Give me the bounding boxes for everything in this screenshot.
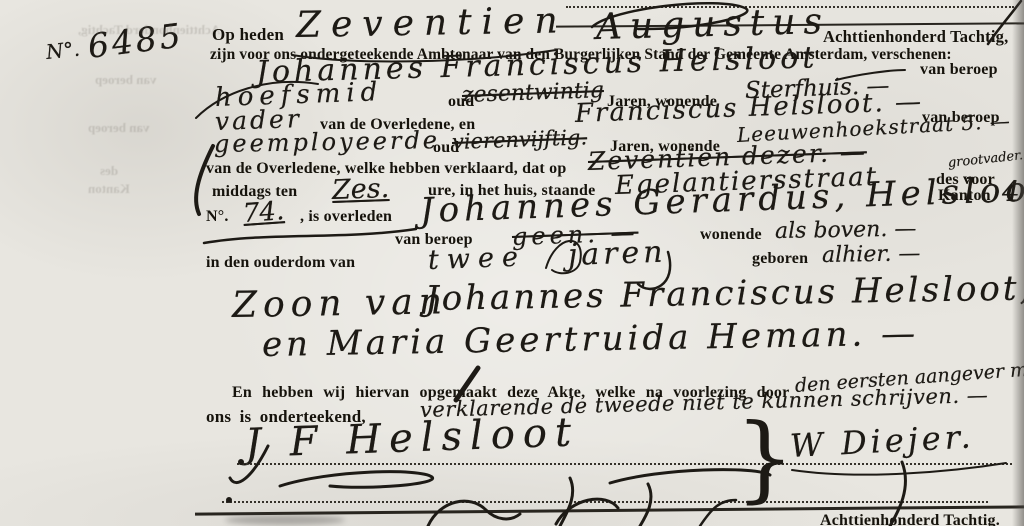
father-name: Johannes Franciscus Helsloot, <box>425 271 1024 316</box>
bleedthrough-text: van beroep <box>95 72 157 88</box>
ink-dot <box>226 497 232 503</box>
record-number-label: N°. <box>45 39 81 62</box>
signature-line-1 <box>237 463 1012 465</box>
label-van-beroep-1: van beroep <box>920 61 998 79</box>
label-op-heden: Op heden <box>212 26 284 45</box>
mother-name: en Maria Geertruida Heman. — <box>262 317 920 362</box>
deceased-age-unit: jaren <box>567 238 667 271</box>
page-edge-shadow <box>1012 0 1024 526</box>
label-year: Achttienhonderd Tachtig, <box>823 28 1008 46</box>
declarant2-age: vierenvijftig. <box>452 127 588 153</box>
label-wonende: wonende <box>700 226 762 244</box>
label-house-no: N°. <box>206 208 229 226</box>
signature-brace: } <box>735 412 795 506</box>
deceased-name: Johannes Gerardus, Helsloot <box>419 172 1024 228</box>
death-declaration-day: Zeventien <box>296 3 568 44</box>
next-record-year: Achttienhonderd Tachtig. <box>820 512 1000 526</box>
next-record-stroke-4 <box>640 484 651 526</box>
deceased-age-value: twee <box>428 244 527 274</box>
deceased-birthplace: alhier. — <box>822 243 921 267</box>
next-record-stroke-5 <box>700 500 736 526</box>
no-sign-swash-1 <box>280 472 433 488</box>
label-geboren: geboren <box>752 250 808 268</box>
death-hour: Zes. <box>332 175 390 204</box>
bleedthrough-text: des <box>100 163 118 179</box>
deceased-residence: als boven. — <box>775 219 917 243</box>
signature-declarant: J F Helsloot <box>244 412 579 464</box>
label-ouderdom: in den ouderdom van <box>206 254 355 272</box>
label-is-overleden: , is overleden <box>300 208 392 226</box>
bleedthrough-text: Kanton <box>88 181 130 197</box>
left-heavy-stroke <box>196 146 213 214</box>
bleedthrough-text: van beroep <box>88 120 150 136</box>
declarant2-occupation: geemployeerde <box>214 128 440 156</box>
bleedthrough-text: Achttienhonderd Tachtig, <box>78 22 220 38</box>
ink-smudge <box>225 515 345 525</box>
signature-line-2 <box>222 501 988 503</box>
blank-fill-stroke <box>204 229 416 243</box>
next-record-stroke-1 <box>428 501 520 526</box>
parents-zoon-van: Zoon van <box>232 284 449 324</box>
death-declaration-month: Augustus <box>596 4 831 46</box>
ink-dot <box>238 459 244 465</box>
death-house-number: 74. <box>242 198 285 227</box>
signature-official: W Diejer. <box>789 420 975 462</box>
death-record-scan: N°. 6485 Achttienhonderd Tachtig, van be… <box>0 0 1024 526</box>
